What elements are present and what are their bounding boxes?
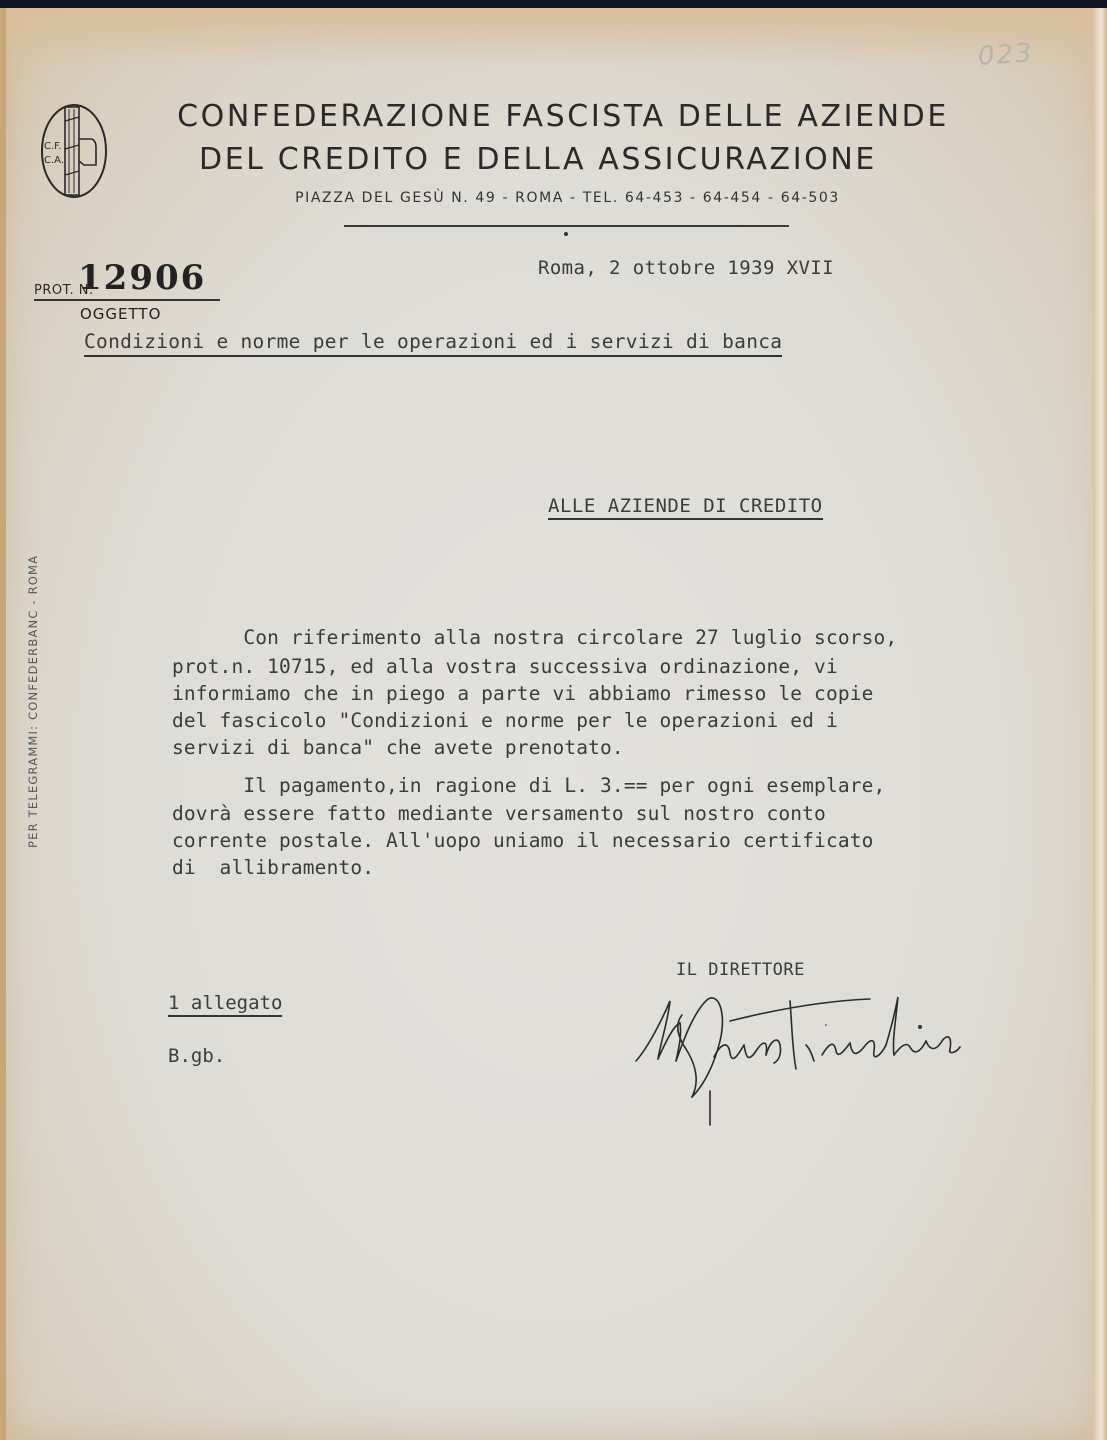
archive-number: 023: [977, 38, 1035, 72]
body-line: Con riferimento alla nostra circolare 27…: [172, 626, 897, 649]
body-line: informiamo che in piego a parte vi abbia…: [172, 682, 874, 705]
svg-text:C.A.: C.A.: [44, 155, 64, 166]
header-divider-dot: [564, 232, 568, 236]
signer-title: IL DIRETTORE: [676, 960, 805, 980]
org-name-line-1: CONFEDERAZIONE FASCISTA DELLE AZIENDE: [148, 99, 978, 134]
subject-text: Condizioni e norme per le operazioni ed …: [84, 330, 782, 357]
protocol-number: 12906: [78, 258, 206, 298]
typist-initials: B.gb.: [168, 1045, 225, 1067]
subject-label: OGGETTO: [80, 305, 161, 323]
protocol-underline: [34, 299, 220, 301]
body-line: prot.n. 10715, ed alla vostra successiva…: [172, 655, 838, 678]
org-name-line-2: DEL CREDITO E DELLA ASSICURAZIONE: [148, 142, 928, 177]
body-line: di allibramento.: [172, 856, 374, 879]
body-line: corrente postale. All'uopo uniamo il nec…: [172, 829, 874, 852]
org-address: PIAZZA DEL GESÙ N. 49 - ROMA - TEL. 64-4…: [200, 190, 935, 206]
handwritten-signature: [630, 985, 970, 1130]
page-right-edge: [1093, 8, 1107, 1440]
body-line: Il pagamento,in ragione di L. 3.== per o…: [172, 774, 885, 797]
recipient: ALLE AZIENDE DI CREDITO: [548, 495, 823, 520]
enclosure-note: 1 allegato: [168, 992, 282, 1017]
body-line: del fascicolo "Condizioni e norme per le…: [172, 709, 838, 732]
header-divider: [344, 225, 789, 227]
telegram-address: PER TELEGRAMMI: CONFEDERBANC - ROMA: [26, 555, 40, 848]
page-left-edge: [0, 8, 6, 1440]
fasces-emblem-icon: C.F. C.A.: [40, 103, 108, 199]
letter-date: Roma, 2 ottobre 1939 XVII: [538, 257, 834, 279]
svg-text:C.F.: C.F.: [44, 141, 62, 152]
body-line: dovrà essere fatto mediante versamento s…: [172, 802, 826, 825]
body-line: servizi di banca" che avete prenotato.: [172, 736, 624, 759]
